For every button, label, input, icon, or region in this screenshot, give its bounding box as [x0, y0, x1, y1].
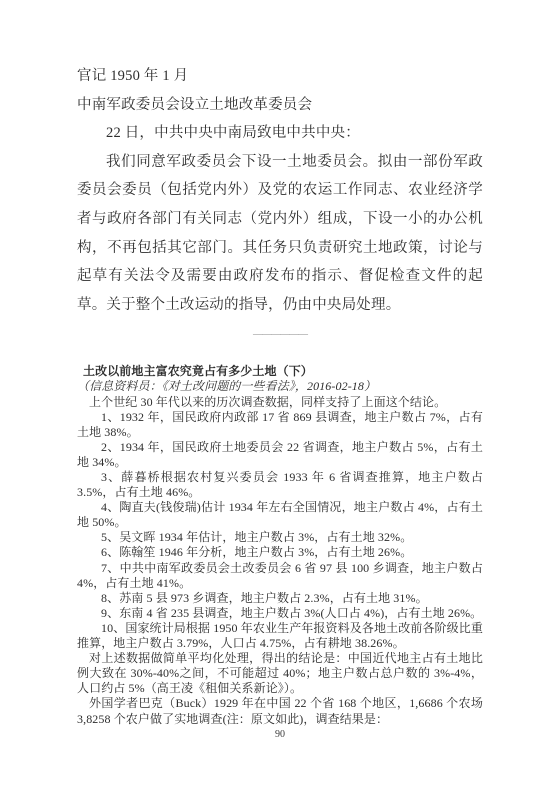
survey-item-7: 7、中共中南军政委员会土改委员会 6 省 97 县 100 乡调查，地主户数占 …: [77, 561, 483, 591]
article-source-line: （信息资料员：《对土改问题的一些看法》，2016-02-18）: [77, 379, 483, 394]
page-content: 官记 1950 年 1 月 中南军政委员会设立土地改革委员会 22 日，中共中央…: [77, 62, 483, 727]
survey-item-1: 1、1932 年，国民政府内政部 17 省 869 县调查，地主户数占 7%，占…: [77, 410, 483, 440]
telegram-section: 官记 1950 年 1 月 中南军政委员会设立土地改革委员会 22 日，中共中央…: [77, 62, 483, 319]
summary-paragraph: 对上述数据做简单平均化处理，得出的结论是：中国近代地主占有土地比例大致在 30%…: [77, 651, 483, 696]
article-title: 土改以前地主富农究竟占有多少土地（下）: [77, 364, 483, 379]
survey-item-5: 5、吴文晖 1934 年估计，地主户数占 3%，占有土地 32%。: [77, 530, 483, 545]
telegram-body: 我们同意军政委员会下设一土地委员会。拟由一部份军政委员会委员（包括党内外）及党的…: [77, 148, 483, 320]
section-divider: ——————: [77, 328, 483, 342]
survey-item-8: 8、苏南 5 县 973 乡调查，地主户数占 2.3%，占有土地 31%。: [77, 591, 483, 606]
article-section: 土改以前地主富农究竟占有多少土地（下） （信息资料员：《对土改问题的一些看法》，…: [77, 364, 483, 726]
buck-survey-paragraph: 外国学者巴克（Buck）1929 年在中国 22 个省 168 个地区，1,66…: [77, 696, 483, 726]
survey-item-2: 2、1934 年，国民政府土地委员会 22 省调查，地主户数占 5%，占有土地 …: [77, 440, 483, 470]
survey-item-6: 6、陈翰笙 1946 年分析，地主户数占 3%，占有土地 26%。: [77, 545, 483, 560]
page-number: 90: [0, 729, 560, 740]
survey-item-4: 4、陶直夫(钱俊瑞)估计 1934 年左右全国情况，地主户数占 4%，占有土地 …: [77, 500, 483, 530]
article-intro: 上个世纪 30 年代以来的历次调查数据，同样支持了上面这个结论。: [77, 395, 483, 410]
survey-item-10: 10、国家统计局根据 1950 年农业生产年报资料及各地土改前各阶级比重推算，地…: [77, 621, 483, 651]
header-note: 官记 1950 年 1 月: [77, 62, 483, 91]
document-page: { "doc": { "header_note": "官记 1950 年 1 月…: [0, 0, 560, 791]
telegram-date-line: 22 日，中共中央中南局致电中共中央：: [77, 119, 483, 148]
survey-item-3: 3、薛暮桥根据农村复兴委员会 1933 年 6 省调查推算，地主户数占 3.5%…: [77, 470, 483, 500]
section-title: 中南军政委员会设立土地改革委员会: [77, 91, 483, 120]
survey-item-9: 9、东南 4 省 235 县调查，地主户数占 3%(人口占 4%)，占有土地 2…: [77, 606, 483, 621]
